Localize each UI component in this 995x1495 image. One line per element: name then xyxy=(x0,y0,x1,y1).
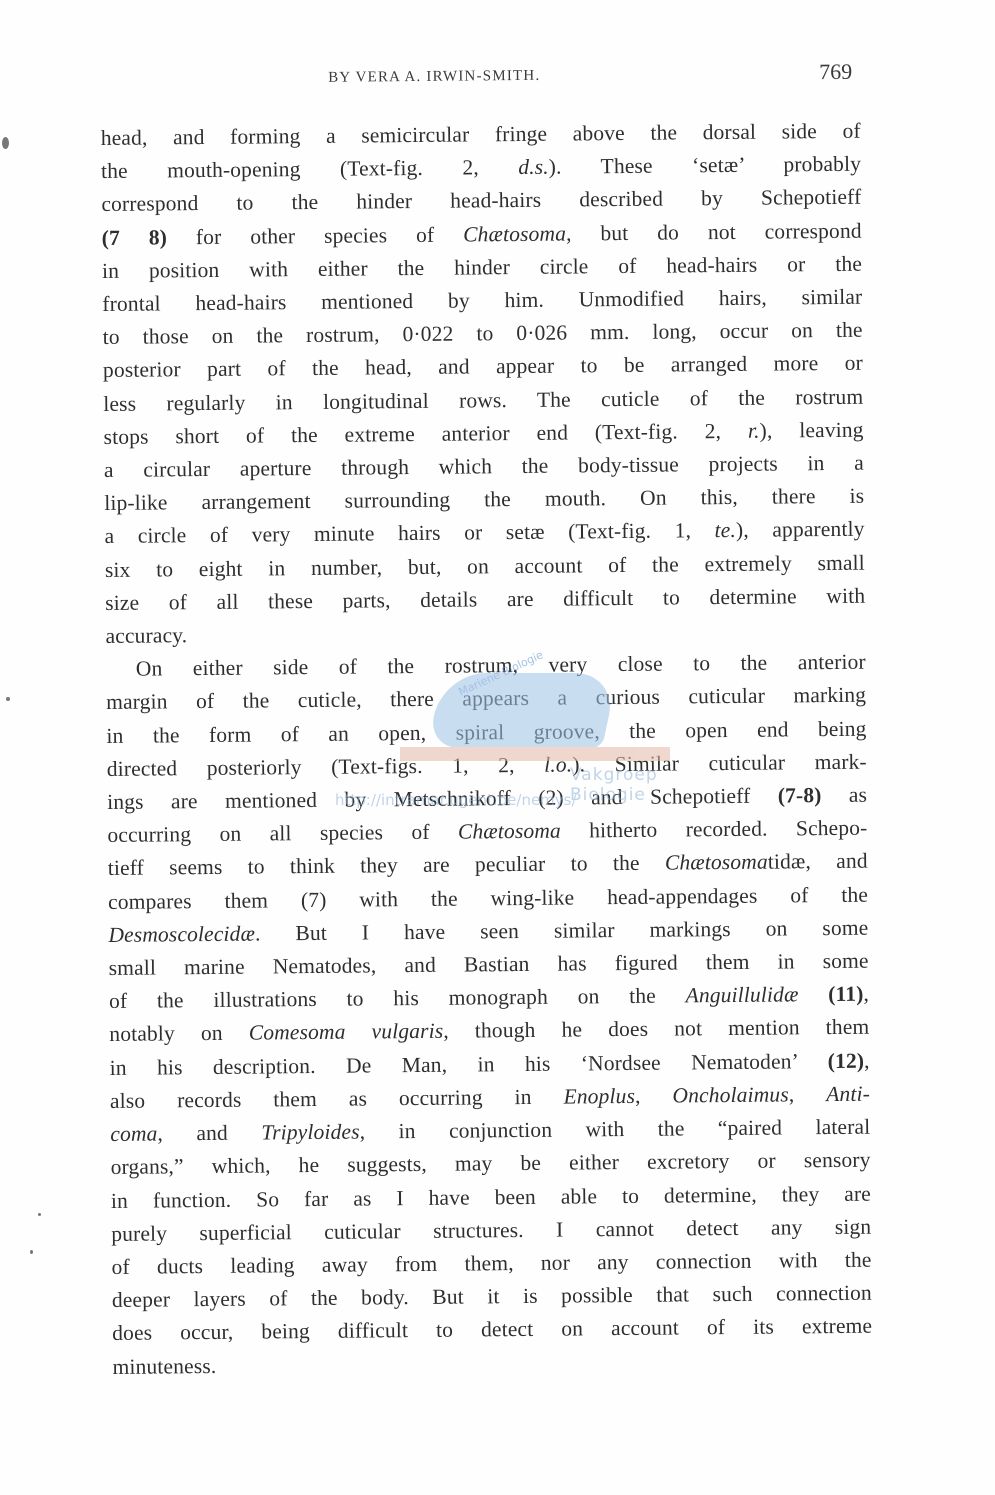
running-header: BY VERA A. IRWIN-SMITH. 769 xyxy=(100,53,860,100)
body-paragraph: head, and forming a semicircular fringe … xyxy=(101,115,866,654)
page-number: 769 xyxy=(819,59,852,85)
scanned-page: BY VERA A. IRWIN-SMITH. 769 head, and fo… xyxy=(0,0,995,1495)
margin-dot-mark xyxy=(30,1250,33,1254)
body-paragraph: On either side of the rostrum, very clos… xyxy=(106,646,873,1384)
margin-dot-mark xyxy=(2,137,9,149)
margin-dot-mark xyxy=(6,697,10,701)
author-running-head: BY VERA A. IRWIN-SMITH. xyxy=(328,68,540,87)
margin-dot-mark xyxy=(38,1213,41,1216)
page-content: BY VERA A. IRWIN-SMITH. 769 head, and fo… xyxy=(100,53,873,1384)
